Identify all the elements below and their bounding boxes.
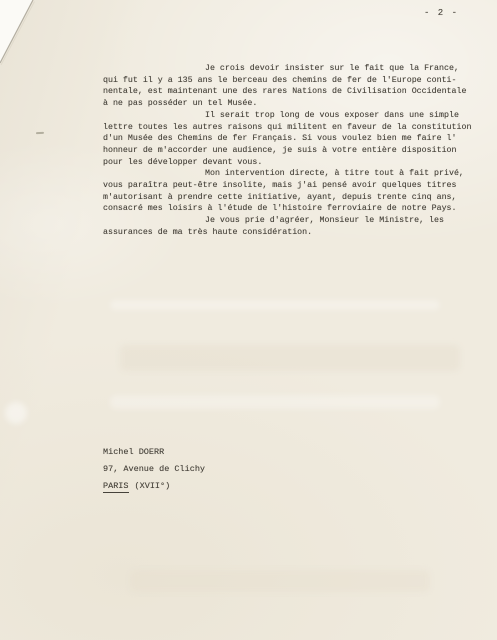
pencil-mark	[36, 132, 44, 134]
letter-paragraph-3: Mon intervention directe, à titre tout à…	[103, 168, 483, 215]
signature-name: Michel DOERR	[103, 444, 205, 461]
bleed-through-smudge	[120, 345, 460, 371]
bleed-through-smudge	[110, 395, 440, 409]
bleed-through-smudge	[110, 300, 440, 310]
signature-block: Michel DOERR 97, Avenue de Clichy PARIS(…	[103, 444, 205, 495]
page-number: - 2 -	[424, 8, 459, 18]
signature-city-line: PARIS(XVII°)	[103, 478, 205, 495]
letter-paragraph-4: Je vous prie d'agréer, Monsieur le Minis…	[103, 215, 483, 238]
signature-city-district: (XVII°)	[135, 481, 171, 491]
scanned-letter-page: - 2 - Je crois devoir insister sur le fa…	[0, 0, 497, 640]
paper-blemish	[5, 402, 27, 424]
signature-street: 97, Avenue de Clichy	[103, 461, 205, 478]
letter-paragraph-1: Je crois devoir insister sur le fait que…	[103, 63, 483, 110]
signature-city: PARIS	[103, 481, 129, 493]
letter-body: Je crois devoir insister sur le fait que…	[103, 63, 483, 239]
page-corner-fold	[0, 0, 44, 72]
letter-paragraph-2: Il serait trop long de vous exposer dans…	[103, 110, 483, 169]
bleed-through-smudge	[130, 570, 430, 592]
